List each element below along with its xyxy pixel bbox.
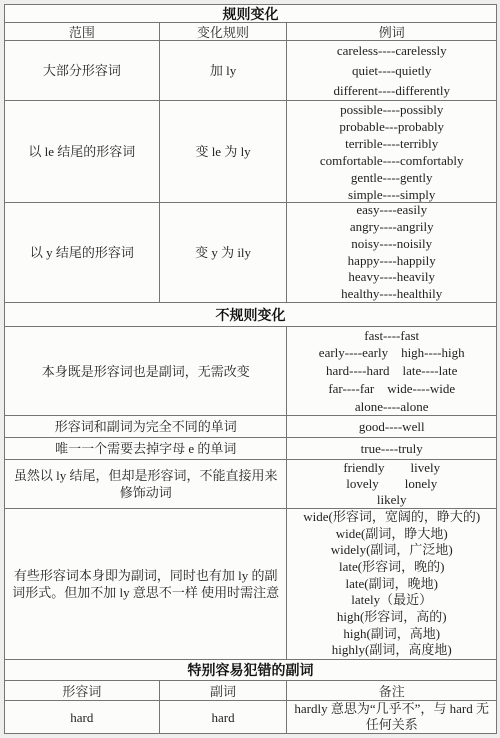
- column-header-adverb: 副词: [160, 681, 288, 700]
- cell-note: hardly 意思为“几乎不”，与 hard 无任何关系: [287, 701, 496, 733]
- example-line: heavy----heavily: [348, 269, 435, 286]
- section-title-regular-changes: 规则变化: [5, 5, 496, 23]
- example-line: true----truly: [361, 441, 423, 457]
- example-line: comfortable----comfortably: [320, 152, 464, 169]
- table-row: hard hard hardly 意思为“几乎不”，与 hard 无任何关系: [5, 701, 496, 734]
- cell-examples: possible----possibly probable---probably…: [287, 101, 496, 202]
- table-row: 大部分形容词 加 ly careless----carelessly quiet…: [5, 41, 496, 101]
- cell-desc: 本身既是形容词也是副词，无需改变: [5, 327, 287, 415]
- example-line: quiet----quietly: [352, 61, 431, 81]
- table1-header-row: 范围 变化规则 例词: [5, 23, 496, 41]
- example-line: noisy----noisily: [351, 236, 432, 253]
- cell-rule: 变 le 为 ly: [160, 101, 288, 202]
- table3-header-row: 形容词 副词 备注: [5, 681, 496, 701]
- example-line: friendly lively: [343, 460, 440, 476]
- column-header-adjective: 形容词: [5, 681, 160, 700]
- example-line: high(副词，高地): [343, 626, 440, 643]
- example-line: alone----alone: [355, 398, 429, 415]
- table-row: 唯一一个需要去掉字母 e 的单词 true----truly: [5, 438, 496, 460]
- cell-examples: fast----fast early----early high----high…: [287, 327, 496, 415]
- example-line: possible----possibly: [340, 101, 443, 118]
- cell-scope: 以 y 结尾的形容词: [5, 203, 160, 302]
- example-line: late(形容词，晚的): [339, 559, 444, 576]
- example-line: easy----easily: [356, 203, 427, 219]
- column-header-examples: 例词: [287, 23, 496, 40]
- section-title-text: 不规则变化: [216, 305, 286, 325]
- table-row: 以 y 结尾的形容词 变 y 为 ily easy----easily angr…: [5, 203, 496, 303]
- cell-examples: wide(形容词，宽阔的，睁大的) wide(副词，睁大地) widely(副词…: [287, 509, 496, 659]
- example-line: probable---probably: [339, 118, 444, 135]
- example-line: widely(副词，广泛地): [331, 542, 453, 559]
- example-line: wide(副词，睁大地): [336, 526, 448, 543]
- example-line: highly(副词，高度地): [332, 642, 452, 659]
- section-title-text: 规则变化: [223, 4, 279, 24]
- cell-rule: 变 y 为 ily: [160, 203, 288, 302]
- cell-examples: good----well: [287, 416, 496, 437]
- cell-examples: careless----carelessly quiet----quietly …: [287, 41, 496, 100]
- example-line: careless----carelessly: [337, 41, 447, 61]
- example-line: terrible----terribly: [345, 135, 438, 152]
- example-line: good----well: [359, 419, 425, 435]
- example-line: hard----hard late----late: [326, 362, 457, 380]
- table-row: 形容词和副词为完全不同的单词 good----well: [5, 416, 496, 438]
- column-header-note: 备注: [287, 681, 496, 700]
- example-line: healthy----healthily: [341, 286, 442, 302]
- example-line: lately（最近）: [351, 592, 432, 609]
- example-line: likely: [377, 492, 407, 508]
- table-row: 虽然以 ly 结尾，但却是形容词，不能直接用来修饰动词 friendly liv…: [5, 460, 496, 509]
- cell-scope: 大部分形容词: [5, 41, 160, 100]
- cell-desc: 形容词和副词为完全不同的单词: [5, 416, 287, 437]
- example-line: lovely lonely: [346, 476, 437, 492]
- cell-desc: 有些形容词本身即为副词，同时也有加 ly 的副词形式。但加不加 ly 意思不一样…: [5, 509, 287, 659]
- cell-examples: friendly lively lovely lonely likely: [287, 460, 496, 508]
- example-line: far----far wide----wide: [328, 380, 455, 398]
- cell-desc: 虽然以 ly 结尾，但却是形容词，不能直接用来修饰动词: [5, 460, 287, 508]
- example-line: gentle----gently: [351, 169, 433, 186]
- section-title-error-prone-adverbs: 特别容易犯错的副词: [5, 660, 496, 681]
- column-header-rule: 变化规则: [160, 23, 288, 40]
- example-line: high(形容词，高的): [337, 609, 447, 626]
- table-row: 本身既是形容词也是副词，无需改变 fast----fast early----e…: [5, 327, 496, 416]
- example-line: simple----simply: [348, 186, 435, 203]
- cell-examples: true----truly: [287, 438, 496, 459]
- example-line: happy----happily: [348, 253, 436, 270]
- cell-examples: easy----easily angry----angrily noisy---…: [287, 203, 496, 302]
- table-row: 有些形容词本身即为副词，同时也有加 ly 的副词形式。但加不加 ly 意思不一样…: [5, 509, 496, 660]
- example-line: wide(形容词，宽阔的，睁大的): [303, 509, 480, 526]
- grammar-table-document: 规则变化 范围 变化规则 例词 大部分形容词 加 ly careless----…: [4, 4, 497, 734]
- example-line: angry----angrily: [350, 219, 434, 236]
- example-line: fast----fast: [364, 327, 419, 344]
- cell-scope: 以 le 结尾的形容词: [5, 101, 160, 202]
- example-line: late(副词，晚地): [346, 576, 438, 593]
- section-title-irregular-changes: 不规则变化: [5, 303, 496, 327]
- cell-desc: 唯一一个需要去掉字母 e 的单词: [5, 438, 287, 459]
- example-line: early----early high----high: [319, 344, 465, 362]
- section-title-text: 特别容易犯错的副词: [188, 660, 314, 680]
- table-row: 以 le 结尾的形容词 变 le 为 ly possible----possib…: [5, 101, 496, 203]
- cell-adjective: hard: [5, 701, 160, 733]
- cell-adverb: hard: [160, 701, 288, 733]
- example-line: different----differently: [333, 81, 449, 101]
- column-header-scope: 范围: [5, 23, 160, 40]
- cell-rule: 加 ly: [160, 41, 288, 100]
